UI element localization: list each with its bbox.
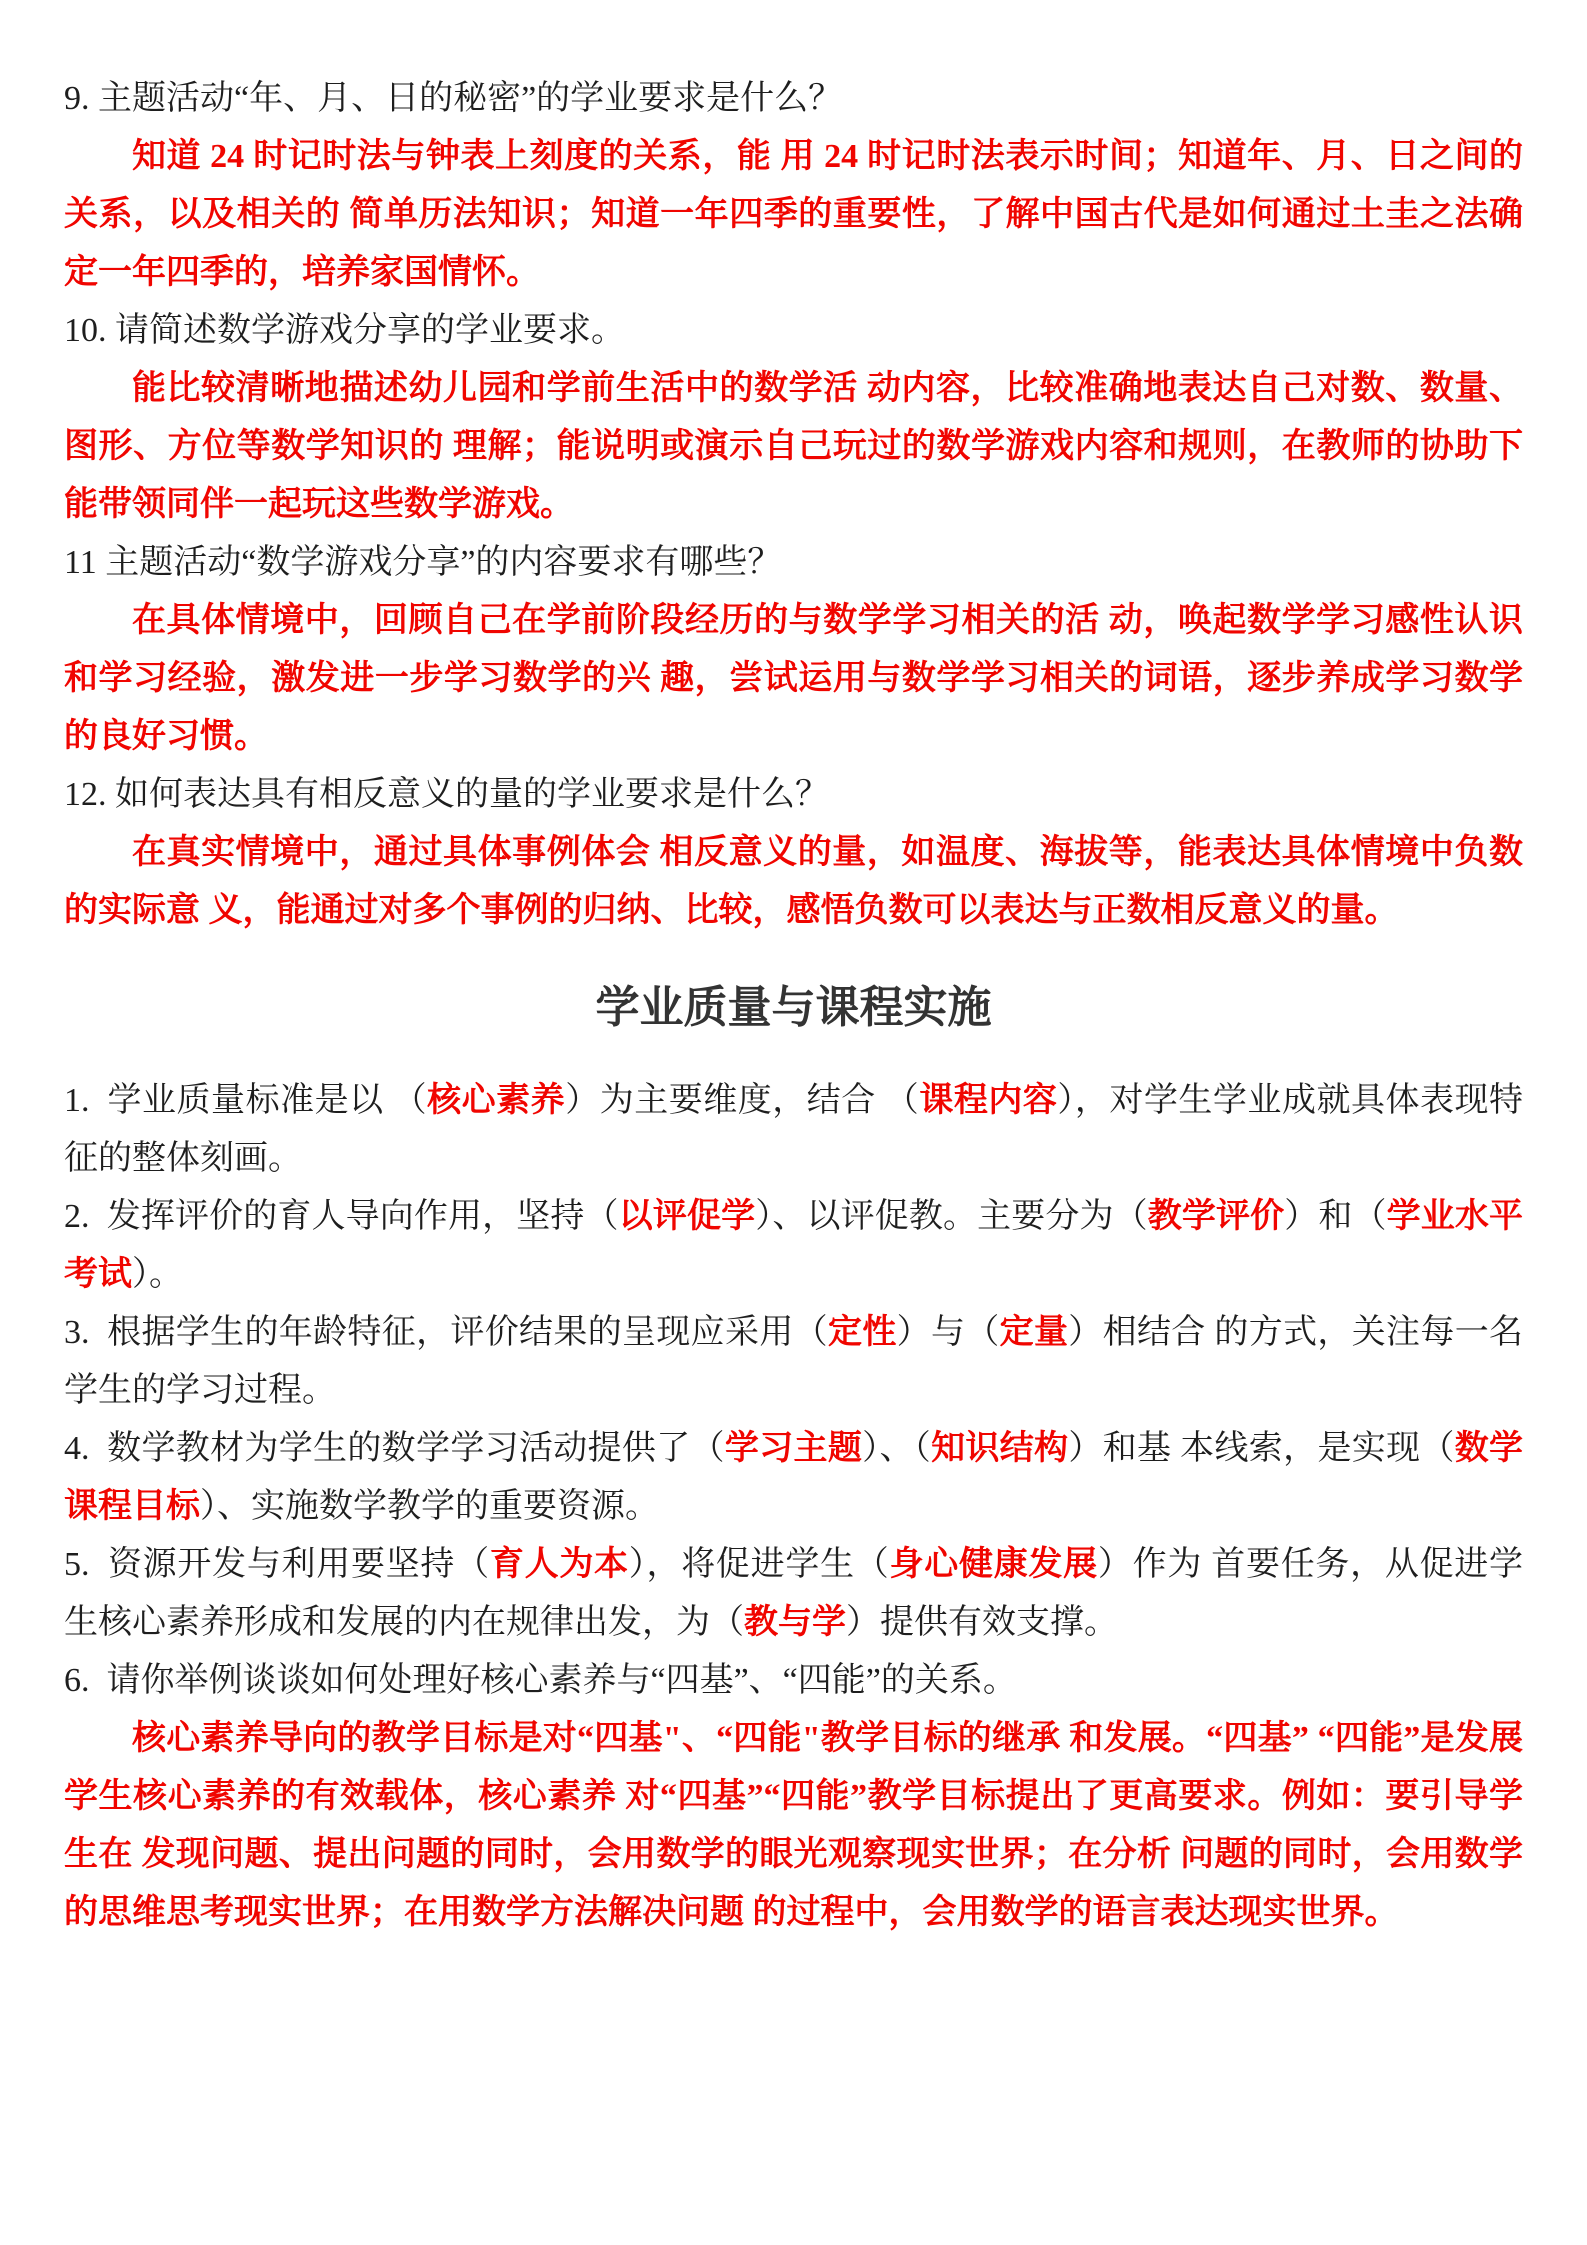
item-text: ）和基 本线索，是实现（ [1068, 1430, 1454, 1467]
section-heading: 学业质量与课程实施 [64, 978, 1523, 1038]
fill-blank-item: 1. 学业质量标准是以 （核心素养）为主要维度，结合 （课程内容），对学生学业成… [64, 1072, 1523, 1188]
item-text: ），将促进学生（ [629, 1546, 890, 1583]
fill-blank-item: 3. 根据学生的年龄特征，评价结果的呈现应采用（定性）与（定量）相结合 的方式，… [64, 1304, 1523, 1420]
question-paragraph: 10. 请简述数学游戏分享的学业要求。 [64, 302, 1523, 360]
item-text: 3. 根据学生的年龄特征，评价结果的呈现应采用（ [64, 1314, 828, 1351]
fill-blank-item: 5. 资源开发与利用要坚持（育人为本），将促进学生（身心健康发展）作为 首要任务… [64, 1536, 1523, 1652]
blank-answer-text: 定量 [1000, 1314, 1069, 1351]
document-body: 9. 主题活动“年、月、日的秘密”的学业要求是什么？知道 24 时记时法与钟表上… [64, 70, 1523, 1942]
blank-answer-text: 课程内容 [919, 1082, 1057, 1119]
question-paragraph: 6. 请你举例谈谈如何处理好核心素养与“四基”、“四能”的关系。 [64, 1652, 1523, 1710]
answer-paragraph: 在真实情境中，通过具体事例体会 相反意义的量，如温度、海拔等，能表达具体情境中负… [64, 824, 1523, 940]
blank-answer-text: 定性 [828, 1314, 897, 1351]
item-text: ）为主要维度，结合 （ [565, 1082, 919, 1119]
item-text: ）。 [132, 1256, 183, 1293]
question-paragraph: 12. 如何表达具有相反意义的量的学业要求是什么？ [64, 766, 1523, 824]
fill-blank-item: 2. 发挥评价的育人导向作用，坚持（以评促学）、以评促教。主要分为（教学评价）和… [64, 1188, 1523, 1304]
item-text: 1. 学业质量标准是以 （ [64, 1082, 427, 1119]
answer-paragraph: 在具体情境中，回顾自己在学前阶段经历的与数学学习相关的活 动，唤起数学学习感性认… [64, 592, 1523, 766]
item-text: ）、实施数学教学的重要资源。 [200, 1488, 659, 1525]
item-text: 5. 资源开发与利用要坚持（ [64, 1546, 490, 1583]
blank-answer-text: 育人为本 [490, 1546, 629, 1583]
blank-answer-text: 以评促学 [619, 1198, 756, 1235]
item-text: ）提供有效支撑。 [846, 1604, 1118, 1641]
item-text: 4. 数学教材为学生的数学学习活动提供了（ [64, 1430, 725, 1467]
fill-blank-item: 4. 数学教材为学生的数学学习活动提供了（学习主题）、（知识结构）和基 本线索，… [64, 1420, 1523, 1536]
answer-paragraph: 能比较清晰地描述幼儿园和学前生活中的数学活 动内容，比较准确地表达自己对数、数量… [64, 360, 1523, 534]
blank-answer-text: 教与学 [744, 1604, 846, 1641]
answer-paragraph: 知道 24 时记时法与钟表上刻度的关系，能 用 24 时记时法表示时间；知道年、… [64, 128, 1523, 302]
blank-answer-text: 身心健康发展 [890, 1546, 1098, 1583]
blank-answer-text: 学习主题 [725, 1430, 862, 1467]
item-text: ）和（ [1284, 1198, 1386, 1235]
item-text: ）、以评促教。主要分为（ [755, 1198, 1148, 1235]
question-paragraph: 9. 主题活动“年、月、日的秘密”的学业要求是什么？ [64, 70, 1523, 128]
item-text: ）与（ [897, 1314, 1000, 1351]
blank-answer-text: 核心素养 [427, 1082, 565, 1119]
blank-answer-text: 教学评价 [1148, 1198, 1285, 1235]
blank-answer-text: 知识结构 [931, 1430, 1068, 1467]
answer-paragraph: 核心素养导向的教学目标是对“四基"、“四能"教学目标的继承 和发展。“四基” “… [64, 1710, 1523, 1942]
question-paragraph: 11 主题活动“数学游戏分享”的内容要求有哪些？ [64, 534, 1523, 592]
item-text: ）、（ [862, 1430, 931, 1467]
item-text: 2. 发挥评价的育人导向作用，坚持（ [64, 1198, 619, 1235]
